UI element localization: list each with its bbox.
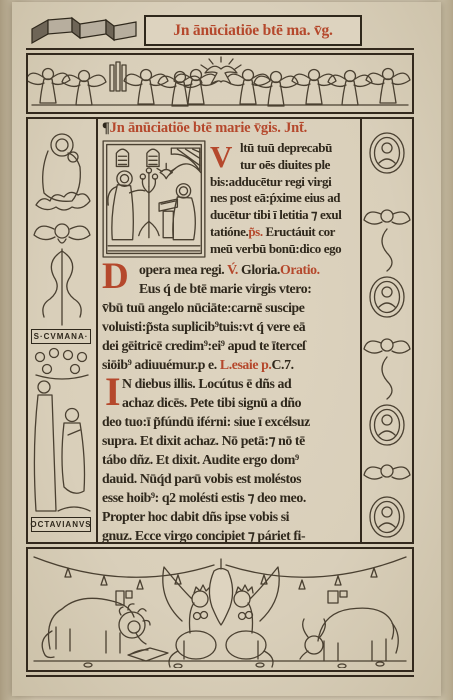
main-band: S·CVMANA· OCTAVIANVS ¶Jn ānūciatiōe btē …	[26, 119, 414, 542]
angel-frieze-woodcut	[28, 55, 412, 112]
header-row: Jn ānūciatiōe btē ma. v̄g.	[26, 10, 414, 48]
text-line: opera mea regi. V́. Gloria.Oratio.	[102, 260, 357, 279]
text-line: achaz dicēs. Pete tibi signū a dño	[102, 393, 357, 412]
bottom-frieze-woodcut	[28, 549, 412, 668]
text-line: tatióne.p̃s. Eructáuit cor	[210, 224, 341, 241]
running-title: Jn ānūciatiōe btē ma. v̄g.	[173, 22, 332, 40]
virgin-mary-figure	[173, 184, 195, 240]
text-line: dauid. Nūq́d parū vobis est moléstos	[102, 469, 357, 488]
text-line: ducētur tibi ī letitia ⁊ exul	[210, 207, 341, 224]
running-title-box: Jn ānūciatiōe btē ma. v̄g.	[144, 15, 362, 46]
drop-cap-initial: I	[105, 372, 120, 412]
medallion-portrait	[370, 497, 404, 537]
drop-cap-initial: V	[210, 141, 232, 172]
foliage-ornament	[43, 249, 81, 325]
angel-gabriel-figure	[108, 171, 145, 240]
medallion-portrait	[370, 405, 404, 445]
cherub-figure	[364, 210, 410, 224]
printed-page: Jn ānūciatiōe btē ma. v̄g.	[12, 2, 441, 696]
text-line: Eus q́ de btē marie virgis vtero:	[102, 279, 357, 298]
lily-icon	[139, 168, 159, 238]
top-frieze	[26, 55, 414, 112]
text-line: esse hoib⁹: q2 molésti estis ⁊ deo meo.	[102, 488, 357, 507]
horizontal-double-rule	[26, 542, 414, 549]
medallion-portrait	[370, 133, 404, 173]
ribbon-banner-woodcut	[28, 10, 140, 48]
octavian-figure	[58, 409, 90, 512]
introit-block: V ltū tuū deprecabūtur oēs diuites plebi…	[102, 140, 357, 258]
medallion-portrait	[370, 277, 404, 317]
shield-cartouche	[209, 559, 232, 625]
text-line: voluisti:p̃sta suplicib⁹tuis:vt q́ vere …	[102, 317, 357, 336]
octavian-label: OCTAVIANVS	[31, 517, 91, 532]
sphinx-figure	[163, 567, 216, 667]
text-line: meū verbū bonū:dico ego	[210, 241, 341, 258]
cherub-figure	[34, 224, 90, 243]
text-line: siōib⁹ adiuuémur.p e. L.esaie p.C.7.	[102, 355, 357, 374]
sibyl-figure	[34, 381, 56, 511]
text-line: N diebus illis. Locútus ē dñs ad	[102, 374, 357, 393]
right-border	[360, 119, 412, 542]
text-line: supra. Et dixit achaz. Nō petā:⁊ nō tē	[102, 431, 357, 450]
ox-figure	[300, 608, 398, 661]
text-line: gnuz. Ecce virgo concipiet ⁊ páriet fi-	[102, 526, 357, 542]
horizontal-double-rule	[26, 670, 414, 677]
horizontal-double-rule	[26, 112, 414, 119]
text-line: tábo dñz. Et dixit. Audite ergo dom⁹	[102, 450, 357, 469]
horizontal-double-rule	[26, 48, 414, 55]
sphinx-figure	[226, 567, 279, 667]
capitulum-mark: ¶	[102, 120, 110, 136]
book-page-scan: Jn ānūciatiōe btē ma. v̄g.	[0, 0, 453, 700]
lion-figure	[42, 598, 168, 661]
text-line: nes post eā:ṕxime eius ad	[210, 190, 341, 207]
rubric-heading: ¶Jn ānūciatiōe btē marie v̄gis. Jnt̄.	[102, 120, 357, 140]
organ-pipes-icon	[110, 62, 126, 91]
lectern	[159, 199, 177, 238]
introit-column-text: V ltū tuū deprecabūtur oēs diuites plebi…	[210, 140, 341, 258]
text-line: v̄bū tuū angelo nūciāte:carnē suscipe	[102, 298, 357, 317]
main-text-block: D I opera mea regi. V́. Gloria.Oratio.Eu…	[102, 260, 357, 542]
bottom-frieze	[26, 549, 414, 670]
canopy-arch	[169, 148, 201, 174]
annunciation-miniature-woodcut	[102, 140, 206, 258]
sibyl-label: S·CVMANA·	[31, 329, 91, 344]
arched-windows	[116, 149, 159, 166]
dove-icon	[201, 57, 241, 84]
crowd-figures	[36, 349, 89, 380]
text-line: deo tuo:ī p̃fúndū iférni: siue ī excélsu…	[102, 412, 357, 431]
text-column: ¶Jn ānūciatiōe btē marie v̄gis. Jnt̄.	[98, 119, 360, 542]
madonna-and-child-figure	[36, 134, 90, 210]
text-line: Propter hoc dabit dñs ipse vobis si	[102, 507, 357, 526]
text-line: bis:adducētur regi virgi	[210, 174, 341, 191]
cherub-figure	[364, 465, 410, 479]
text-line: dei gēitricē credim⁹:ei⁹ apud te īterceſ	[102, 336, 357, 355]
ground-line	[34, 661, 406, 668]
left-border: S·CVMANA· OCTAVIANVS	[28, 119, 98, 542]
right-border-woodcut	[362, 119, 412, 538]
drop-cap-initial: D	[102, 258, 128, 295]
cherub-figure	[364, 339, 410, 353]
